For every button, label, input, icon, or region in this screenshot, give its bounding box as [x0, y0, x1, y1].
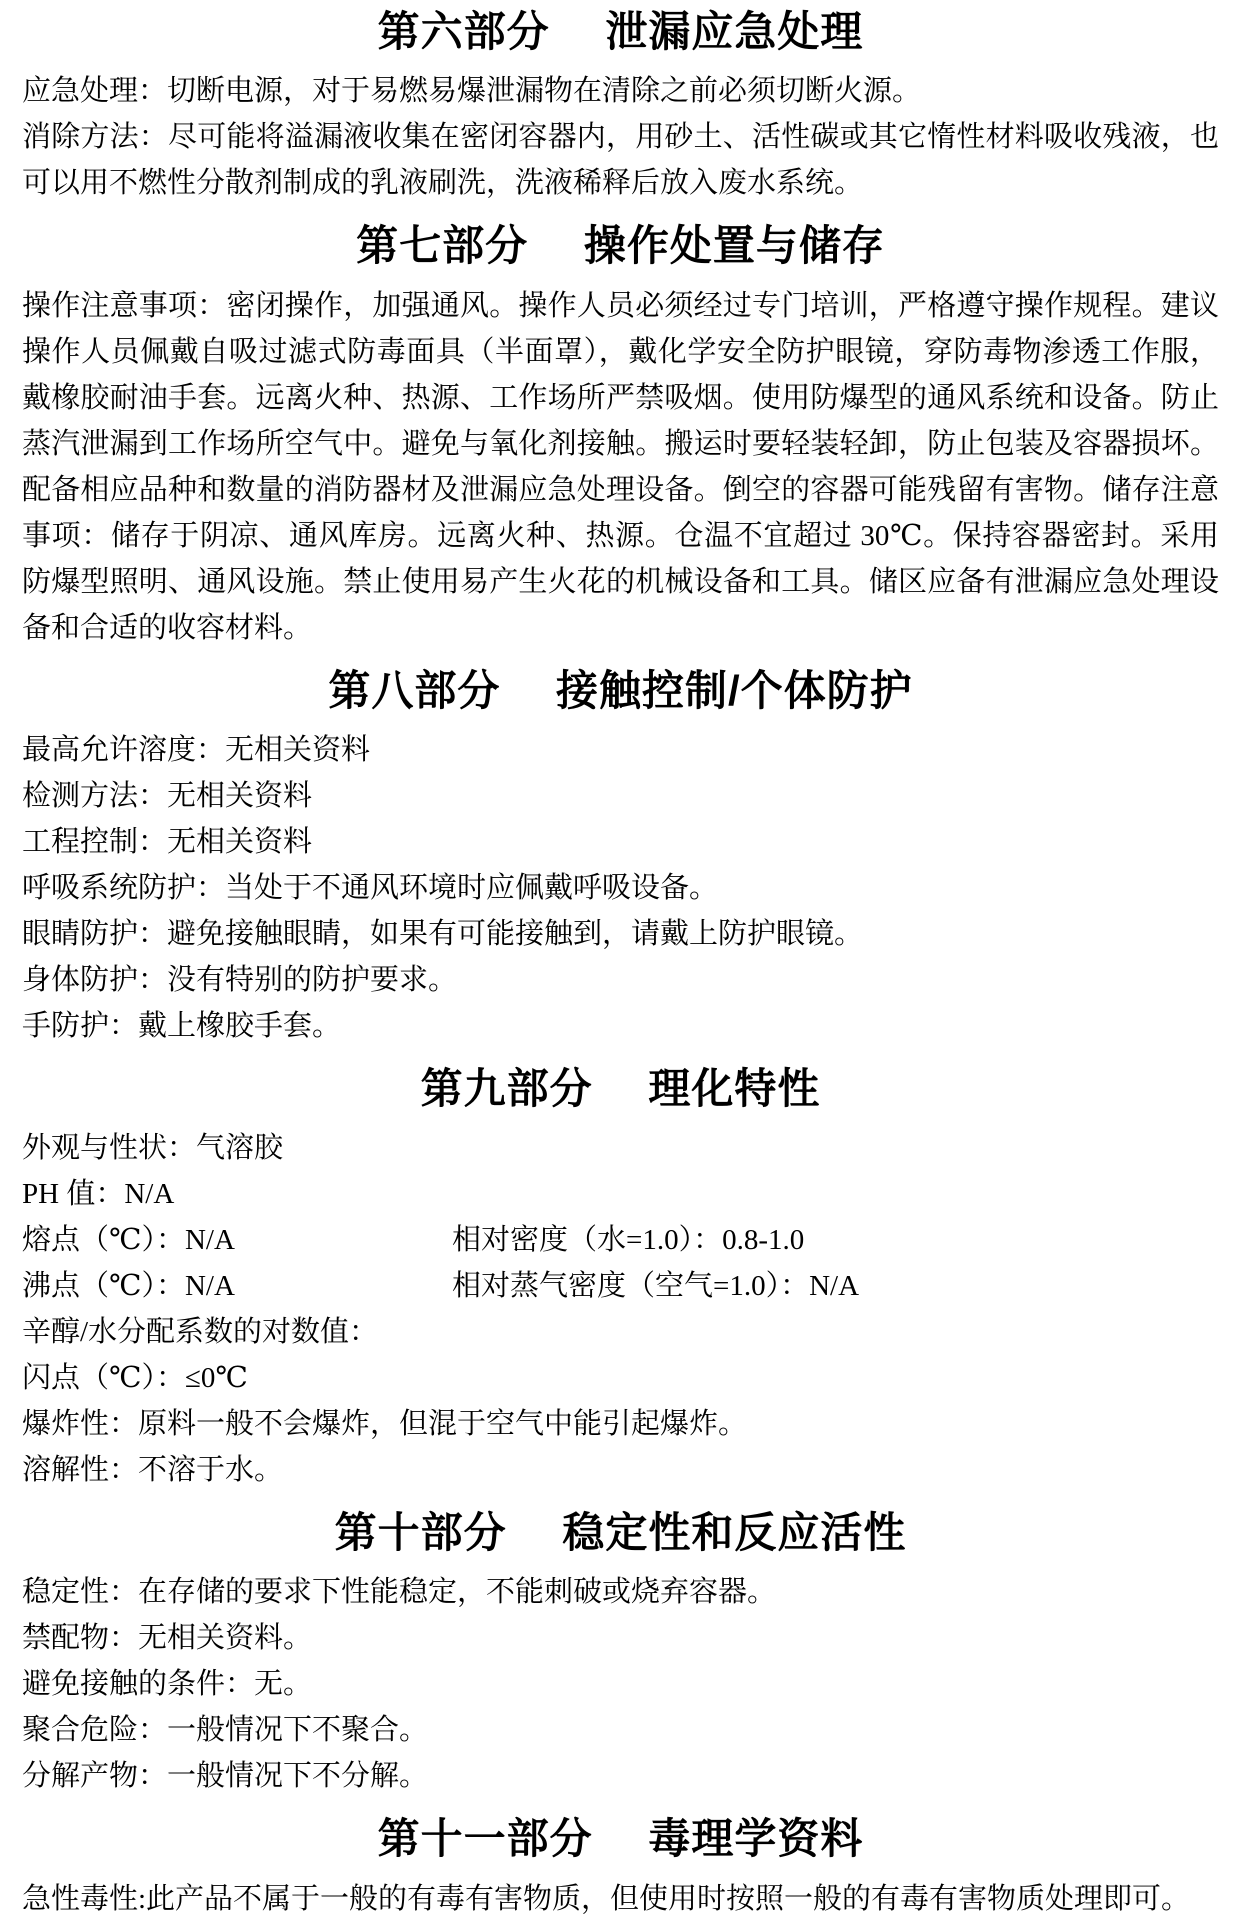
polymerization-hazard-line: 聚合危险：一般情况下不聚合。 — [22, 1707, 1219, 1753]
body-protection-line: 身体防护：没有特别的防护要求。 — [22, 957, 1219, 1003]
section-6-title: 第六部分 泄漏应急处理 — [22, 8, 1219, 56]
max-allowed-concentration-line: 最高允许溶度：无相关资料 — [22, 727, 1219, 773]
msds-document-page: 第六部分 泄漏应急处理 应急处理：切断电源，对于易燃易爆泄漏物在清除之前必须切断… — [0, 0, 1241, 1932]
relative-density-value: 相对密度（水=1.0）：0.8-1.0 — [452, 1217, 1219, 1263]
section-physical-chemical: 第九部分 理化特性 外观与性状：气溶胶 PH 值：N/A 熔点（℃）：N/A 相… — [22, 1065, 1219, 1493]
detection-method-line: 检测方法：无相关资料 — [22, 773, 1219, 819]
incompatibilities-line: 禁配物：无相关资料。 — [22, 1615, 1219, 1661]
section-toxicology: 第十一部分 毒理学资料 急性毒性:此产品不属于一般的有毒有害物质，但使用时按照一… — [22, 1815, 1219, 1921]
section-exposure-control: 第八部分 接触控制/个体防护 最高允许溶度：无相关资料 检测方法：无相关资料 工… — [22, 667, 1219, 1049]
stability-line: 稳定性：在存储的要求下性能稳定，不能刺破或烧弃容器。 — [22, 1569, 1219, 1615]
property-row-melting-density: 熔点（℃）：N/A 相对密度（水=1.0）：0.8-1.0 — [22, 1217, 1219, 1263]
boiling-point-value: 沸点（℃）：N/A — [22, 1263, 452, 1309]
explosiveness-line: 爆炸性：原料一般不会爆炸，但混于空气中能引起爆炸。 — [22, 1401, 1219, 1447]
decomposition-products-line: 分解产物：一般情况下不分解。 — [22, 1753, 1219, 1799]
section-leak-emergency: 第六部分 泄漏应急处理 应急处理：切断电源，对于易燃易爆泄漏物在清除之前必须切断… — [22, 8, 1219, 206]
section-stability-reactivity: 第十部分 稳定性和反应活性 稳定性：在存储的要求下性能稳定，不能刺破或烧弃容器。… — [22, 1509, 1219, 1799]
partition-coefficient-line: 辛醇/水分配系数的对数值： — [22, 1309, 1219, 1355]
flash-point-line: 闪点（℃）：≤0℃ — [22, 1355, 1219, 1401]
acute-toxicity-line: 急性毒性:此产品不属于一般的有毒有害物质，但使用时按照一般的有毒有害物质处理即可… — [22, 1876, 1219, 1922]
ph-value-line: PH 值：N/A — [22, 1171, 1219, 1217]
handling-storage-paragraph: 操作注意事项：密闭操作，加强通风。操作人员必须经过专门培训，严格遵守操作规程。建… — [22, 283, 1219, 651]
section-handling-storage: 第七部分 操作处置与储存 操作注意事项：密闭操作，加强通风。操作人员必须经过专门… — [22, 222, 1219, 650]
eye-protection-line: 眼睛防护：避免接触眼睛，如果有可能接触到，请戴上防护眼镜。 — [22, 911, 1219, 957]
elimination-method-paragraph: 消除方法：尽可能将溢漏液收集在密闭容器内，用砂土、活性碳或其它惰性材料吸收残液，… — [22, 114, 1219, 206]
hand-protection-line: 手防护：戴上橡胶手套。 — [22, 1003, 1219, 1049]
respiratory-protection-line: 呼吸系统防护：当处于不通风环境时应佩戴呼吸设备。 — [22, 865, 1219, 911]
property-row-boiling-vapor: 沸点（℃）：N/A 相对蒸气密度（空气=1.0）：N/A — [22, 1263, 1219, 1309]
section-11-title: 第十一部分 毒理学资料 — [22, 1815, 1219, 1863]
section-10-title: 第十部分 稳定性和反应活性 — [22, 1509, 1219, 1557]
emergency-treatment-paragraph: 应急处理：切断电源，对于易燃易爆泄漏物在清除之前必须切断火源。 — [22, 68, 1219, 114]
conditions-to-avoid-line: 避免接触的条件：无。 — [22, 1661, 1219, 1707]
vapor-density-value: 相对蒸气密度（空气=1.0）：N/A — [452, 1263, 1219, 1309]
appearance-line: 外观与性状：气溶胶 — [22, 1125, 1219, 1171]
section-9-title: 第九部分 理化特性 — [22, 1065, 1219, 1113]
melting-point-value: 熔点（℃）：N/A — [22, 1217, 452, 1263]
section-7-title: 第七部分 操作处置与储存 — [22, 222, 1219, 270]
section-8-title: 第八部分 接触控制/个体防护 — [22, 667, 1219, 715]
solubility-line: 溶解性：不溶于水。 — [22, 1447, 1219, 1493]
engineering-control-line: 工程控制：无相关资料 — [22, 819, 1219, 865]
